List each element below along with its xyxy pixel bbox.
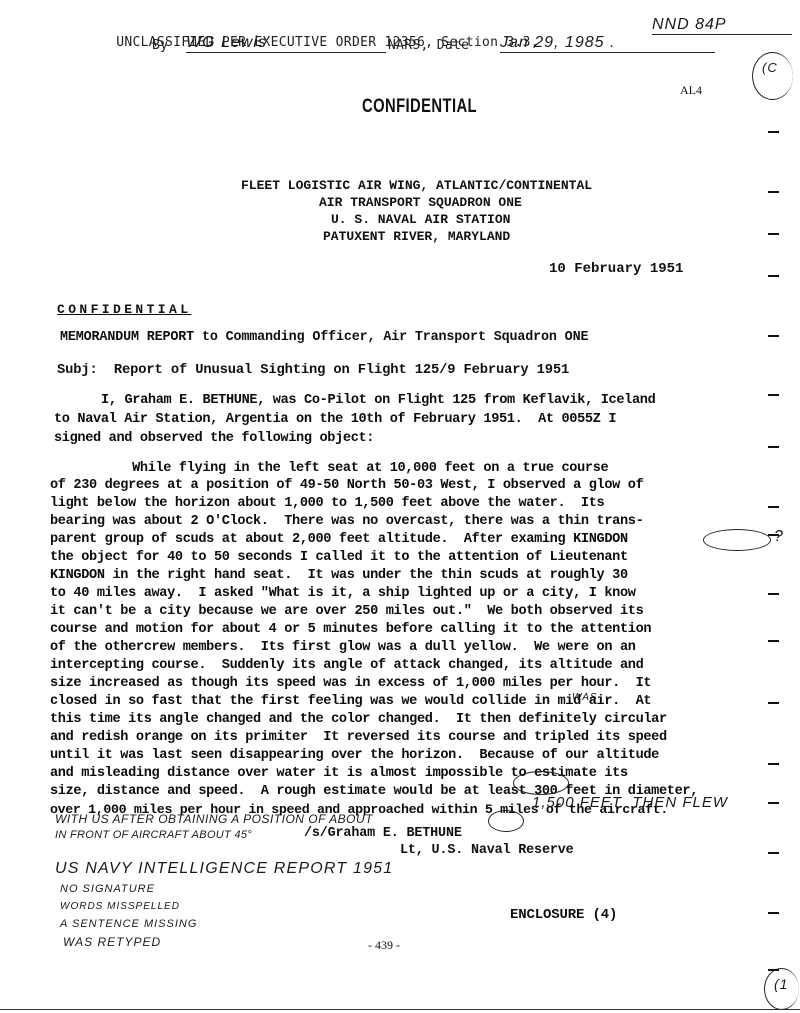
classification-heading: CONFIDENTIAL — [57, 302, 191, 317]
handwritten-footer-title: US NAVY INTELLIGENCE REPORT 1951 — [55, 860, 393, 878]
memo-line: MEMORANDUM REPORT to Commanding Officer,… — [60, 330, 588, 345]
corner-note-bottom: (1 — [774, 976, 788, 992]
body-line: course and motion for about 4 or 5 minut… — [50, 622, 651, 637]
body-line: size increased as though its speed was i… — [50, 676, 651, 691]
corner-note-top: (C — [762, 60, 778, 75]
handwritten-insert-line-2: IN FRONT OF AIRCRAFT ABOUT 45° — [55, 829, 252, 841]
body-line: signed and observed the following object… — [54, 431, 374, 446]
page-number: - 439 - — [368, 938, 400, 953]
margin-tick — [768, 969, 779, 971]
margin-tick — [768, 191, 779, 193]
margin-tick — [768, 534, 779, 536]
margin-tick — [768, 593, 779, 595]
declassification-by-label: By — [152, 38, 168, 53]
page-code: AL4 — [680, 83, 702, 98]
nars-date-label: NARS, Date — [388, 38, 469, 53]
margin-tick — [768, 394, 779, 396]
letterhead-line-2: AIR TRANSPORT SQUADRON ONE — [319, 195, 522, 210]
signature-name: /s/Graham E. BETHUNE — [304, 826, 462, 841]
letterhead-line-4: PATUXENT RIVER, MARYLAND — [323, 229, 510, 244]
body-line: to Naval Air Station, Argentia on the 10… — [54, 412, 616, 427]
letterhead-line-3: U. S. NAVAL AIR STATION — [331, 212, 510, 227]
body-line: to 40 miles away. I asked "What is it, a… — [50, 586, 636, 601]
body-line: it can't be a city because we are over 2… — [50, 604, 643, 619]
margin-tick — [768, 335, 779, 337]
body-line: light below the horizon about 1,000 to 1… — [50, 496, 604, 511]
kingdon-circle — [703, 529, 771, 551]
body-line: of 230 degrees at a position of 49-50 No… — [50, 478, 643, 493]
margin-tick — [768, 506, 779, 508]
body-line: intercepting course. Suddenly its angle … — [50, 658, 643, 673]
margin-tick — [768, 131, 779, 133]
enclosure-label: ENCLOSURE (4) — [510, 907, 617, 923]
was-insert-handwritten: WAS — [572, 692, 598, 703]
margin-tick — [768, 852, 779, 854]
body-line: KINGDON in the right hand seat. It was u… — [50, 568, 628, 583]
handwritten-footer-note: NO SIGNATURE — [60, 883, 155, 895]
handwritten-footer-note: WAS RETYPED — [63, 935, 161, 949]
document-date: 10 February 1951 — [549, 261, 683, 277]
body-line: until it was last seen disappearing over… — [50, 748, 659, 763]
margin-tick — [768, 763, 779, 765]
body-line: While flying in the left seat at 10,000 … — [54, 461, 608, 476]
body-line: parent group of scuds at about 2,000 fee… — [50, 532, 628, 547]
arrow-target-circle — [488, 810, 524, 832]
margin-tick — [768, 275, 779, 277]
margin-tick — [768, 802, 779, 804]
declassifier-name-handwritten: WG Lewis — [186, 34, 386, 53]
handwritten-footer-note: WORDS MISSPELLED — [60, 901, 180, 912]
margin-tick — [768, 233, 779, 235]
scan-bottom-edge — [0, 1009, 800, 1010]
confidential-stamp: CONFIDENTIAL — [362, 96, 477, 118]
margin-tick — [768, 640, 779, 642]
body-line: this time its angle changed and the colo… — [50, 712, 667, 727]
letterhead-line-1: FLEET LOGISTIC AIR WING, ATLANTIC/CONTIN… — [241, 178, 592, 193]
margin-tick — [768, 446, 779, 448]
body-line: of the othercrew members. Its first glow… — [50, 640, 636, 655]
kingdon-question-mark: ? — [774, 528, 784, 546]
body-line: bearing was about 2 O'Clock. There was n… — [50, 514, 643, 529]
handwritten-insert-line-1: WITH US AFTER OBTAINING A POSITION OF AB… — [55, 812, 373, 826]
subject-line: Subj: Report of Unusual Sighting on Flig… — [57, 363, 569, 378]
margin-tick — [768, 912, 779, 914]
five-miles-circle — [513, 771, 569, 795]
body-line: the object for 40 to 50 seconds I called… — [50, 550, 628, 565]
handwritten-footer-note: A SENTENCE MISSING — [60, 918, 197, 930]
signature-rank: Lt, U.S. Naval Reserve — [400, 843, 574, 858]
handwritten-insert-right: 1,500 FEET THEN FLEW — [532, 794, 728, 811]
margin-tick — [768, 702, 779, 704]
body-line: I, Graham E. BETHUNE, was Co-Pilot on Fl… — [62, 393, 655, 408]
nnd-number-handwritten: NND 84P — [652, 16, 792, 35]
body-line: and redish orange on its primiter It rev… — [50, 730, 667, 745]
declassification-date-handwritten: Jan 29, 1985 . — [500, 34, 715, 53]
body-line: closed in so fast that the first feeling… — [50, 694, 651, 709]
